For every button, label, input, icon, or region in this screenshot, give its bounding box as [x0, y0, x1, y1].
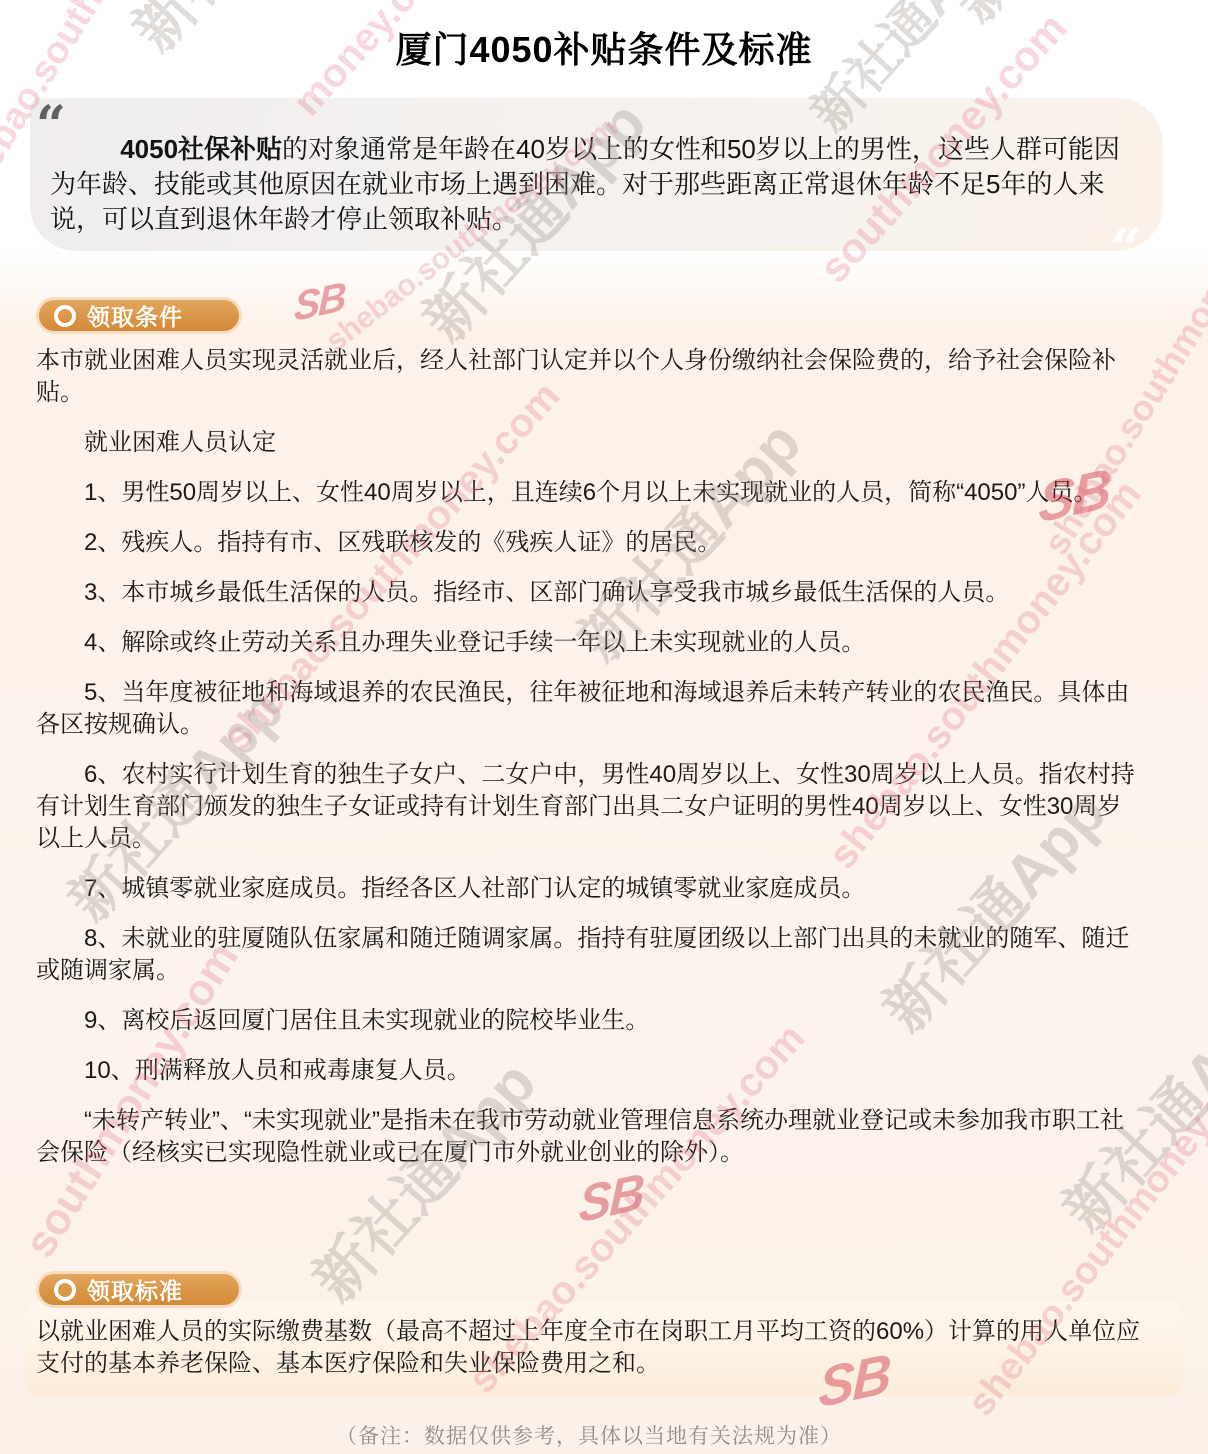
paragraph: 7、城镇零就业家庭成员。指经各区人社部门认定的城镇零就业家庭成员。: [36, 873, 1142, 905]
article-page: 厦门4050补贴条件及标准 “ 4050社保补贴的对象通常是年龄在40岁以上的女…: [0, 0, 1208, 1454]
paragraph: 8、未就业的驻厦随队伍家属和随迁随调家属。指持有驻厦团级以上部门出具的未就业的随…: [36, 923, 1142, 987]
intro-paragraph: 4050社保补贴的对象通常是年龄在40岁以上的女性和50岁以上的男性，这些人群可…: [50, 132, 1137, 237]
paragraph: 以就业困难人员的实际缴费基数（最高不超过上年度全市在岗职工月平均工资的60%）计…: [36, 1316, 1157, 1380]
intro-card: “ 4050社保补贴的对象通常是年龄在40岁以上的女性和50岁以上的男性，这些人…: [30, 98, 1163, 251]
page-title: 厦门4050补贴条件及标准: [0, 26, 1208, 74]
open-quote-icon: “: [36, 100, 66, 152]
section-badge-standard: 领取标准: [36, 1271, 242, 1308]
circle-bullet-icon: [54, 305, 76, 327]
section-badge-conditions: 领取条件: [36, 297, 242, 334]
close-quote-icon: “: [1111, 223, 1141, 275]
footer-note: （备注：数据仅供参考，具体以当地有关法规为准）: [36, 1422, 1142, 1452]
article-content: 厦门4050补贴条件及标准 “ 4050社保补贴的对象通常是年龄在40岁以上的女…: [0, 26, 1208, 1452]
paragraph: 5、当年度被征地和海域退养的农民渔民，往年被征地和海域退养后未转产转业的农民渔民…: [36, 677, 1142, 741]
conditions-paragraphs: 本市就业困难人员实现灵活就业后，经人社部门认定并以个人身份缴纳社会保险费的，给予…: [36, 345, 1142, 1169]
circle-bullet-icon: [54, 1279, 76, 1301]
paragraph: “未转产转业”、“未实现就业”是指未在我市劳动就业管理信息系统办理就业登记或未参…: [36, 1105, 1142, 1169]
paragraph: 1、男性50周岁以上、女性40周岁以上，且连续6个月以上未实现就业的人员，简称“…: [36, 477, 1142, 509]
intro-lead-bold: 4050社保补贴: [120, 134, 282, 164]
paragraph: 9、离校后返回厦门居住且未实现就业的院校毕业生。: [36, 1005, 1142, 1037]
section-badge-standard-label: 领取标准: [87, 1273, 183, 1306]
article-body: 领取条件 本市就业困难人员实现灵活就业后，经人社部门认定并以个人身份缴纳社会保险…: [0, 251, 1208, 1452]
standard-card: 以就业困难人员的实际缴费基数（最高不超过上年度全市在岗职工月平均工资的60%）计…: [25, 1302, 1183, 1396]
paragraph: 4、解除或终止劳动关系且办理失业登记手续一年以上未实现就业的人员。: [36, 627, 1142, 659]
standard-paragraphs: 以就业困难人员的实际缴费基数（最高不超过上年度全市在岗职工月平均工资的60%）计…: [36, 1316, 1157, 1380]
paragraph: 10、刑满释放人员和戒毒康复人员。: [36, 1055, 1142, 1087]
paragraph: 就业困难人员认定: [36, 427, 1142, 459]
paragraph: 本市就业困难人员实现灵活就业后，经人社部门认定并以个人身份缴纳社会保险费的，给予…: [36, 345, 1142, 409]
paragraph: 6、农村实行计划生育的独生子女户、二女户中，男性40周岁以上、女性30周岁以上人…: [36, 759, 1142, 855]
paragraph: 2、残疾人。指持有市、区残联核发的《残疾人证》的居民。: [36, 527, 1142, 559]
paragraph: 3、本市城乡最低生活保的人员。指经市、区部门确认享受我市城乡最低生活保的人员。: [36, 577, 1142, 609]
section-badge-conditions-label: 领取条件: [87, 299, 183, 332]
